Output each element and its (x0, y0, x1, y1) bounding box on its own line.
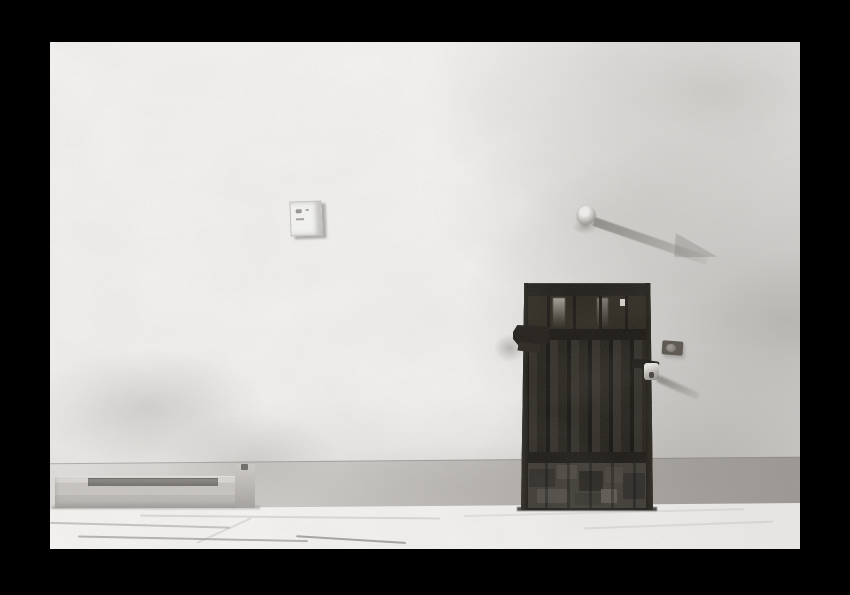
photograph (50, 42, 800, 549)
film-grain-overlay (50, 42, 800, 549)
framed-photograph (0, 0, 850, 595)
